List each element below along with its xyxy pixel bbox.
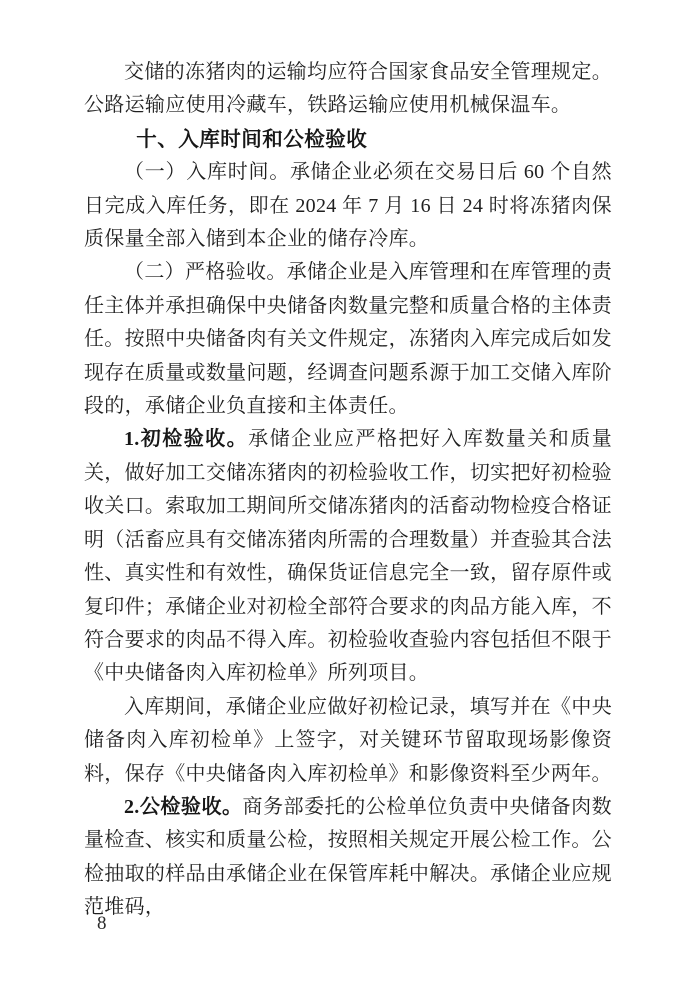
initial-inspection-text: 承储企业应严格把好入库数量关和质量关，做好加工交储冻猪肉的初检验收工作，切实把好… <box>84 428 612 684</box>
initial-inspection-lead: 1.初检验收。 <box>124 428 248 450</box>
section-heading: 十、入库时间和公检验收 <box>84 123 612 156</box>
public-inspection-lead: 2.公检验收。 <box>124 796 243 818</box>
paragraph-inspection-records: 入库期间，承储企业应做好初检记录，填写并在《中央储备肉入库初检单》上签字，对关键… <box>84 691 612 791</box>
paragraph-storage-time: （一）入库时间。承储企业必须在交易日后 60 个自然日完成入库任务，即在 202… <box>84 156 612 256</box>
paragraph-initial-inspection: 1.初检验收。承储企业应严格把好入库数量关和质量关，做好加工交储冻猪肉的初检验收… <box>84 423 612 690</box>
page-number: 8 <box>97 912 107 936</box>
paragraph-transport: 交储的冻猪肉的运输均应符合国家食品安全管理规定。公路运输应使用冷藏车，铁路运输应… <box>84 56 612 123</box>
document-body: 交储的冻猪肉的运输均应符合国家食品安全管理规定。公路运输应使用冷藏车，铁路运输应… <box>84 56 612 925</box>
document-page: 交储的冻猪肉的运输均应符合国家食品安全管理规定。公路运输应使用冷藏车，铁路运输应… <box>0 0 700 989</box>
paragraph-public-inspection: 2.公检验收。商务部委托的公检单位负责中央储备肉数量检查、核实和质量公检，按照相… <box>84 791 612 925</box>
paragraph-strict-acceptance: （二）严格验收。承储企业是入库管理和在库管理的责任主体并承担确保中央储备肉数量完… <box>84 256 612 423</box>
